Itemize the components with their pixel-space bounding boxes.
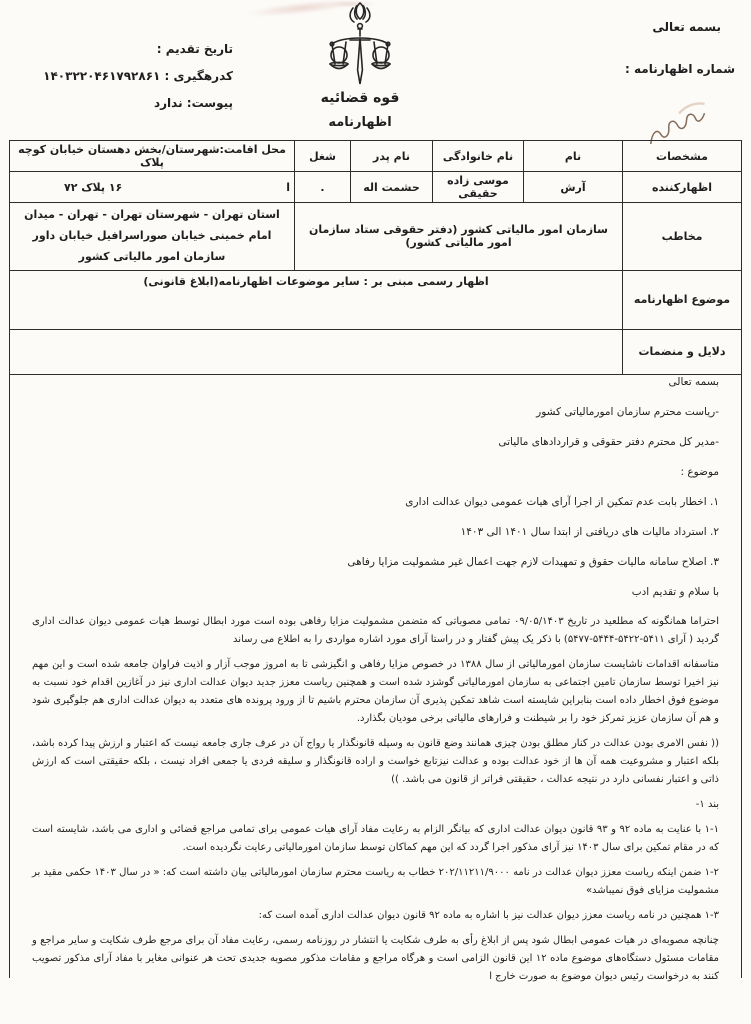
attachment-label: پیوست: ندارد <box>0 90 233 117</box>
letter-subject-item-2: ۲. استرداد مالیات های دریافتی از ابتدا س… <box>32 523 719 542</box>
col-header-father-name: نام پدر <box>351 141 433 172</box>
col-header-name: نام <box>524 141 623 172</box>
declarant-father-name: حشمت اله <box>351 172 433 203</box>
authority-title: قوه قضائیه <box>290 90 430 106</box>
residence-ink-mark: ا <box>286 181 290 194</box>
bismillah-top: بسمه تعالی <box>652 20 721 34</box>
document-title: اظهارنامه <box>290 115 430 130</box>
addressee-label: مخاطب <box>623 203 742 271</box>
addressee-row: مخاطب سازمان امور مالیاتی کشور (دفتر حقو… <box>10 203 742 271</box>
declarant-label: اظهارکننده <box>623 172 742 203</box>
addressee-residence: استان تهران - شهرستان تهران - تهران - می… <box>10 203 295 271</box>
col-header-residence: محل اقامت:شهرستان/بخش دهستان خیابان کوچه… <box>10 141 295 172</box>
col-header-job: شغل <box>295 141 351 172</box>
letter-greeting: با سلام و تقدیم ادب <box>32 583 719 602</box>
scanned-legal-declaration-page: بسمه تعالی شماره اظهارنامه : <box>0 0 751 1024</box>
letter-paragraph-1: احتراما همانگونه که مطلعید در تاریخ ۰۹/۰… <box>32 613 719 649</box>
letter-paragraph-final: چنانچه مصوبه‌ای در هیات عمومی ابطال شود … <box>32 932 719 986</box>
letter-subject-item-1: ۱. اخطار بابت عدم تمکین از اجرا آرای هیا… <box>32 493 719 512</box>
col-header-family-name: نام خانوادگی <box>433 141 524 172</box>
letter-paragraph-1-3: ۱-۳ همچنین در نامه ریاست معزز دیوان عدال… <box>32 907 719 925</box>
letter-paragraph-2: متاسفانه اقدامات ناشایست سازمان امورمالی… <box>32 656 719 728</box>
submit-date-label: تاریخ تقدیم : <box>0 36 233 63</box>
subject-value: اظهار رسمی مبنی بر : سایر موضوعات اظهارن… <box>10 270 623 329</box>
header-center: قوه قضائیه اظهارنامه <box>290 0 430 130</box>
letter-salutation-1: -ریاست محترم سازمان امورمالیاتی کشور <box>32 403 719 422</box>
table-header-row: مشخصات نام نام خانوادگی نام پدر شغل محل … <box>10 141 742 172</box>
letter-paragraph-1-1: ۱-۱ با عنایت به ماده ۹۲ و ۹۳ قانون دیوان… <box>32 821 719 857</box>
statement-number-label: شماره اظهارنامه : <box>625 62 735 76</box>
subject-row: موضوع اظهارنامه اظهار رسمی مبنی بر : سای… <box>10 270 742 329</box>
letter-clause-heading: بند ۱- <box>32 796 719 814</box>
letter-subject-label: موضوع : <box>32 463 719 482</box>
letter-body-box: بسمه تعالی -ریاست محترم سازمان امورمالیا… <box>9 346 742 978</box>
declarant-first-name: آرش <box>524 172 623 203</box>
letter-paragraph-1-2: ۱-۲ ضمن اینکه ریاست معزز دیوان عدالت در … <box>32 864 719 900</box>
declarant-residence: ا ۱۶ پلاک ۷۲ <box>10 172 295 203</box>
subject-label: موضوع اظهارنامه <box>623 270 742 329</box>
declarant-row: اظهارکننده آرش موسی زاده حقیقی حشمت اله … <box>10 172 742 203</box>
letter-bismillah: بسمه تعالی <box>32 373 719 392</box>
declarant-last-name: موسی زاده حقیقی <box>433 172 524 203</box>
tracking-code-line: کدرهگیری : ۱۴۰۳۲۲۰۴۶۱۷۹۲۸۶۱ <box>0 63 233 90</box>
letter-body: بسمه تعالی -ریاست محترم سازمان امورمالیا… <box>10 346 741 986</box>
tracking-code-value: ۱۴۰۳۲۲۰۴۶۱۷۹۲۸۶۱ <box>43 69 160 83</box>
letter-paragraph-3: (( نفس الامری بودن عدالت در کنار مطلق بو… <box>32 735 719 789</box>
letter-subject-item-3: ۳. اصلاح سامانه مالیات حقوق و تمهیدات لا… <box>32 553 719 572</box>
header-meta: تاریخ تقدیم : کدرهگیری : ۱۴۰۳۲۲۰۴۶۱۷۹۲۸۶… <box>0 36 233 117</box>
identity-table: مشخصات نام نام خانوادگی نام پدر شغل محل … <box>9 140 742 375</box>
declarant-job: . <box>295 172 351 203</box>
tracking-label: کدرهگیری : <box>165 69 233 83</box>
addressee-organization: سازمان امور مالیاتی کشور (دفتر حقوقی ستا… <box>295 203 623 271</box>
declarant-residence-value: ۱۶ پلاک ۷۲ <box>64 181 122 194</box>
letter-salutation-2: -مدیر کل محترم دفتر حقوقی و قراردادهای م… <box>32 433 719 452</box>
judiciary-scales-icon <box>327 2 393 88</box>
col-header-moshakhasat: مشخصات <box>623 141 742 172</box>
